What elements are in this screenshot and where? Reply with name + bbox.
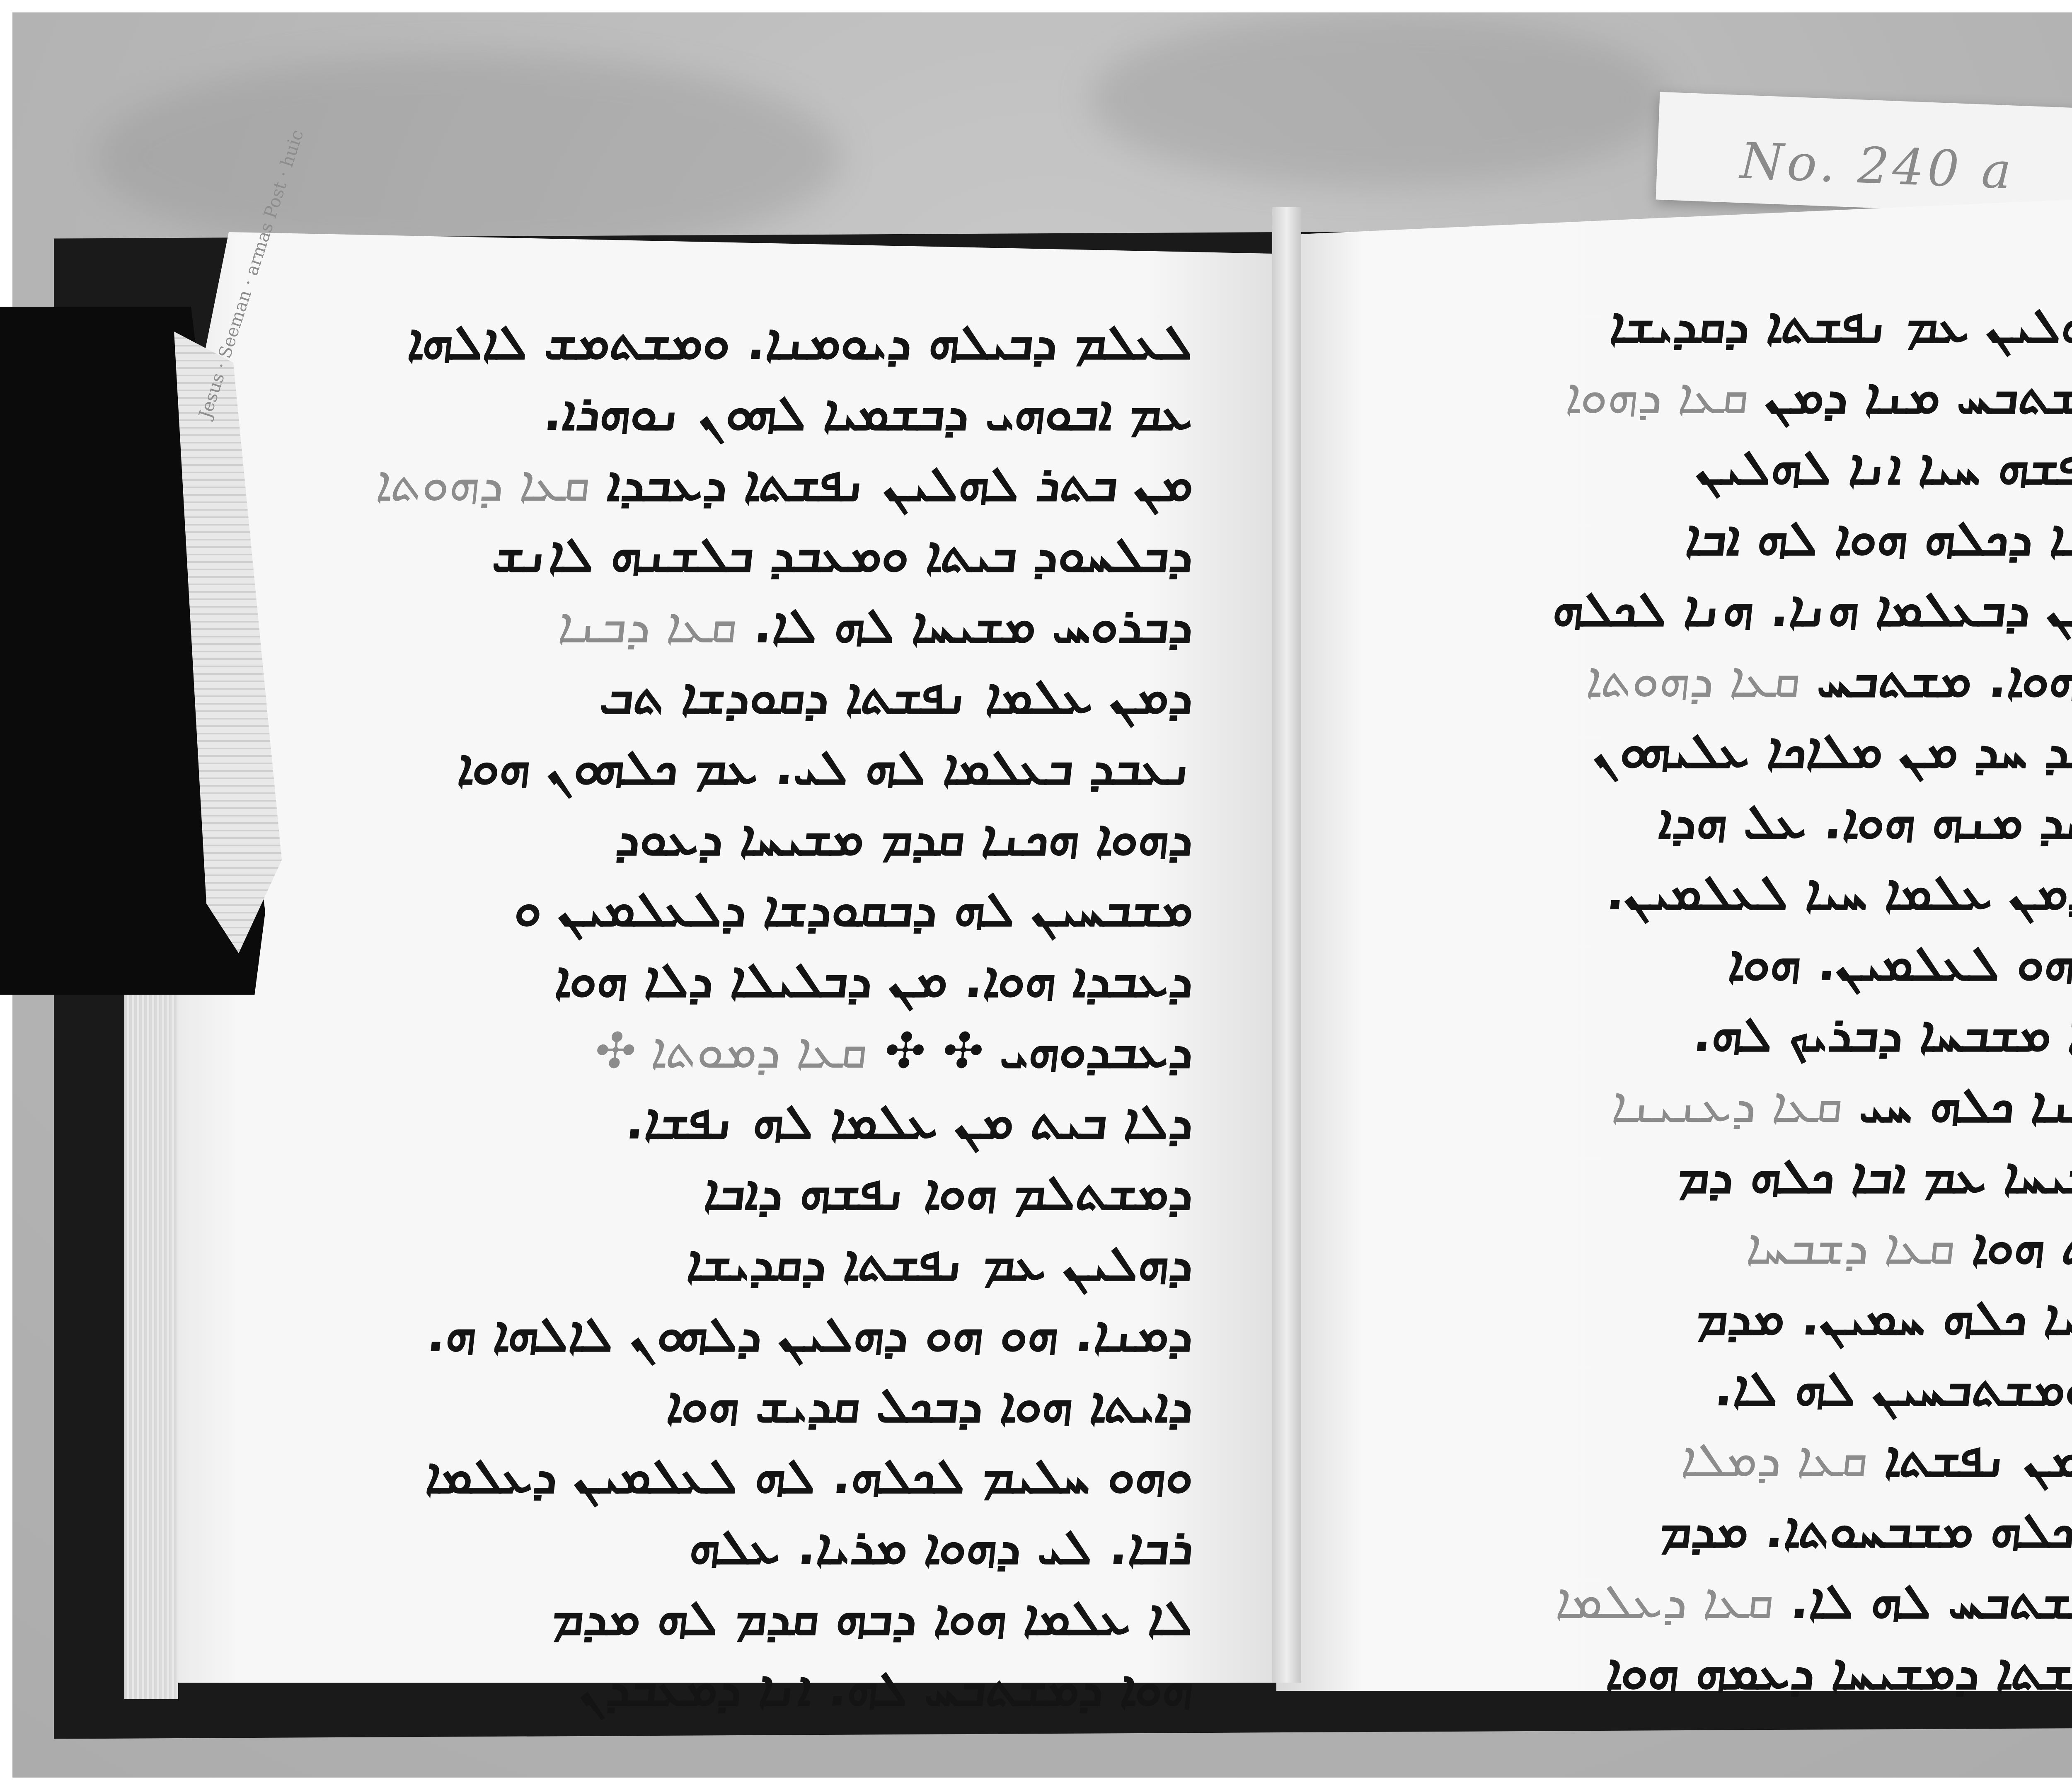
line-text: ܕܗܠܝܢ ܥܡ ܢܦܫܬܐ ܕܩܕܝܫܐ: [684, 1235, 1196, 1292]
manuscript-line: ܕܒܝܬ ܚܕ ܡܢ ܢܦܫܬܐ ܩܥܐ ܕܡܠܐ: [1322, 1424, 2072, 1495]
line-text: ܕܒܠܚܘܕ ܒܝܬܐ ܘܡܥܒܕ ܒܠܫܢܗ ܠܐܢܫ: [490, 526, 1196, 583]
line-text: ܡܢܐ ܥܠ ܚܕ ܚܕ ܡܢ ܡܠܐܟܐ ܥܠܝܗܘܢ: [1591, 722, 2072, 779]
line-text: ܕܥܒܕܘܗܝ ✣ ✣: [882, 1022, 1197, 1079]
line-text: ܗܘܐ ܕܡܫܬܒܚ ܠܗ. ܐܢܐ ܕܡܥܒܕܢ: [577, 1660, 1196, 1717]
line-text: ܕܒܝܬ ܚܕ ܡܢ ܢܦܫܬܐ: [1882, 1431, 2072, 1488]
line-text: ܘܗܘ ܚܠܝܡ ܠܟܠܗ. ܠܗ ܠܥܠܡܝܢ ܕܥܠܡܐ: [423, 1447, 1196, 1504]
line-text: ܢܦܫܬܐ ܕܚܝܐ ܟܠܗ ܚܡܝܢ. ܡܕܡ: [1694, 1289, 2072, 1346]
manuscript-line: ܡܫܒܚܝܢ ܠܗ ܕܒܩܘܕܫܐ ܕܠܥܠܡܝܢ ܘ: [253, 874, 1197, 945]
manuscript-line: ܕܡܢ ܥܠܡܐ ܢܦܫܬܐ ܕܩܘܕܫܐ ܬܒ: [253, 661, 1197, 732]
manuscript-line: ܠܥܠܡ ܕܒܝܠܗ ܕܝܘܡܢܐ. ܘܡܫܬܡܫ ܠܐܠܗܐ: [253, 307, 1197, 378]
manuscript-line: ܕܐܝܬ ܠܢ ܗܠܝܢ ܥܡ ܢܦܫܬܐ ܕܩܕܝܫܐ: [1322, 290, 2072, 361]
manuscript-line: ܢܦܫܬܐ ܕܚܝܐ ܟܠܗ ܚܡܝܢ. ܡܕܡ: [1322, 1282, 2072, 1353]
book-gutter: [1272, 207, 1301, 1683]
line-text: ܡܫܒܚܝܢ ܠܗ ܕܒܩܘܕܫܐ ܕܠܥܠܡܝܢ ܘ: [512, 880, 1196, 937]
line-text: ܠܗ ܠܚܕ ܚܕ ܡܢܗ ܗܘܐ. ܥܠ ܗܕܐ: [1656, 793, 2072, 850]
left-page-text: ܠܥܠܡ ܕܒܝܠܗ ܕܝܘܡܢܐ. ܘܡܫܬܡܫ ܠܐܠܗܐܥܡ ܐܒܘܗܝ …: [257, 307, 1193, 1724]
line-text: ܕܡܫܒܚ ܡܢܐ ܟܠܗ ܚܝ: [1857, 1076, 2072, 1134]
manuscript-line: ܕܗܠܝܢ ܥܡ ܢܦܫܬܐ ܕܩܕܝܫܐ: [253, 1228, 1197, 1299]
left-page-fore-edge: [124, 995, 178, 1699]
line-text: ܕܡܫܬܠܡ ܗܘܐ ܢܦܫܗ ܕܐܒܐ: [702, 1164, 1197, 1221]
manuscript-line: ܠܗ ܠܚܕ ܚܕ ܡܢܗ ܗܘܐ. ܥܠ ܗܕܐ: [1322, 786, 2072, 857]
manuscript-line: ܡܫܒܚܝܢ ܘܡܫܬܒܚܝܢ ܠܗ ܠܐ.: [1322, 1353, 2072, 1424]
line-text: ܚܝܐ ܕܒܠܐ ܗܘܐ. ܡܫܬܒܚ: [1815, 651, 2072, 708]
manuscript-line: ܕܡܫܬܠܡ ܗܘܐ ܢܦܫܗ ܕܐܒܐ: [253, 1157, 1197, 1228]
manuscript-line: ܥܡ ܐܒܘܗܝ ܕܒܫܡܝܐ ܠܗܘܢ ܢܘܗܪܐ.: [253, 378, 1197, 448]
manuscript-line: ܡܫܒܚܝܢ ܕܡܢ ܥܠܡܐ ܚܝܐ ܠܥܠܡܝܢ.: [1322, 857, 2072, 928]
line-text: ܪܒܐ. ܠܝ ܕܗܘܐ ܡܪܝܐ. ܥܠܗ: [687, 1518, 1197, 1575]
rubric-text: ܩܥܐ ܕܥܠܡܐ: [1553, 1572, 1777, 1630]
line-text: ܕܒܪܘܚ ܡܫܝܚܐ ܠܗ ܠܐ.: [751, 597, 1196, 654]
catalog-number: No. 240 a: [1739, 132, 2016, 200]
manuscript-line: ܘܗܘ ܚܠܝܡ ܠܟܠܗ. ܠܗ ܠܥܠܡܝܢ ܕܥܠܡܐ: [253, 1441, 1197, 1511]
line-text: ܕܠܐ ܒܝܬ ܡܢ ܥܠܡܐ ܠܗ ܢܦܫܐ.: [623, 1093, 1196, 1150]
line-text: ܥܡ ܐܒܘܗܝ ܕܒܫܡܝܐ ܠܗܘܢ ܢܘܗܪܐ.: [541, 384, 1196, 441]
line-text: ܢܥܒܕ ܒܥܠܡܐ ܠܗ ܠܝ. ܥܡ ܟܠܗܘܢ ܗܘܐ: [455, 739, 1196, 796]
manuscript-line: ܪܒܐ. ܠܝ ܕܗܘܐ ܡܪܝܐ. ܥܠܗ: [253, 1511, 1197, 1582]
line-text: ܡܢ ܒܬܪ ܠܗܠܝܢ ܢܦܫܬܐ ܕܥܒܕܐ: [605, 455, 1196, 512]
manuscript-line: ܡܫܬܒܚ ܕܗܘ ܠܥܠܡܝܢ. ܗܘܐ: [1322, 928, 2072, 999]
line-text: ܕܡܢܐ. ܗܘ ܗܘ ܕܗܠܝܢ ܕܠܗܘܢ ܠܐܠܗܐ ܗ.: [424, 1306, 1196, 1363]
line-text: ܗܘܐ. ܕܒܝܬ ܗܘܐ: [1970, 1218, 2072, 1275]
line-text: ܕܡܢ ܥܠܡܐ ܢܦܫܬܐ ܕܩܘܕܫܐ ܬܒ: [598, 668, 1196, 725]
rubric-text: ܩܥܐ ܕܫܒܚܐ: [1744, 1218, 1958, 1275]
line-text: ܡܫܝܚܐ ܕܢܦܫܗ ܚܝܐ ܐܢܐ ܠܗܠܝܢ: [1694, 438, 2072, 496]
line-text: ܡܫܒܚ ܘܡܫܬܒܚ ܠܗ ܠܐ.: [1788, 1572, 2072, 1630]
rubric-text: ܩܥܐ ܕܒܢܐ: [556, 597, 741, 654]
manuscript-line: ܕܗܘܐ ܗܟܢܐ ܩܕܡ ܡܫܝܚܐ ܕܥܘܕ: [253, 803, 1197, 874]
manuscript-line: ܕܠܐ ܒܝܬ ܡܢ ܥܠܡܐ ܠܗ ܢܦܫܐ.: [253, 1086, 1197, 1157]
manuscript-line: ܡܢ ܒܬܪ ܠܗܠܝܢ ܢܦܫܬܐ ܕܥܒܕܐ ܩܥܐ ܕܗܘܬܐ: [253, 448, 1197, 519]
line-text: ܡܫܒܚܝܢ ܕܡܢ ܥܠܡܐ ܚܝܐ ܠܥܠܡܝܢ.: [1604, 864, 2072, 921]
manuscript-line: ܡܢܐ ܥܠ ܚܕ ܚܕ ܡܢ ܡܠܐܟܐ ܥܠܝܗܘܢ: [1322, 715, 2072, 786]
manuscript-line: ܗܘܐ. ܕܒܝܬ ܗܘܐ ܩܥܐ ܕܫܒܚܐ: [1322, 1211, 2072, 1282]
line-text: ܕܐܝܬ ܠܢ ܗܠܝܢ ܥܡ ܢܦܫܬܐ ܕܩܕܝܫܐ: [1607, 297, 2072, 354]
manuscript-line: ܕܐܝܬܐ ܗܘܐ ܕܒܟܠ ܩܕܝܫ ܗܘܐ: [253, 1370, 1197, 1441]
manuscript-line: ܕܡܫܒܚ ܡܢܐ ܟܠܗ ܚܝ ܩܥܐ ܕܥܢܝܢܐ: [1322, 1070, 2072, 1141]
line-text: ܠܐ ܥܠܡܐ ܗܘܐ ܕܒܗ ܩܕܡ ܠܗ ܡܕܡ: [549, 1589, 1196, 1646]
manuscript-line: ܕܒܪܘܚ ܡܫܝܚܐ ܠܗ ܠܐ. ܩܥܐ ܕܒܢܐ: [253, 590, 1197, 661]
manuscript-line: ܠܥܠܡܐ ܗܢܐ ܕܟܠܗ ܗܘܐ ܠܗ ܐܒܐ: [1322, 503, 2072, 574]
floor-stain: [95, 54, 841, 261]
manuscript-line: ܡܫܒܚ ܘܡܫܬܒܚ ܠܗ ܠܐ. ܩܥܐ ܕܥܠܡܐ: [1322, 1566, 2072, 1637]
line-text: ܕܐܝܬܐ ܗܘܐ ܕܒܟܠ ܩܕܝܫ ܗܘܐ: [664, 1376, 1197, 1434]
manuscript-line: ܡܠܐܟܐ ܗܢܐ ܡܫܒܚܐ ܕܒܪܝܟ ܠܗ.: [1322, 999, 2072, 1070]
manuscript-line: ܠܐ ܥܠܡܐ ܗܘܐ ܕܒܗ ܩܕܡ ܠܗ ܡܕܡ: [253, 1582, 1197, 1653]
line-text: ܠܥܠܡ ܕܒܝܠܗ ܕܝܘܡܢܐ. ܘܡܫܬܡܫ ܠܐܠܗܐ: [405, 313, 1197, 371]
line-text: ܚܝܘܗܝ ܢܦܫܬܐ ܕܡܫܝܚܐ ܕܥܡܗ ܗܘܐ: [1604, 1643, 2072, 1700]
line-text: ܡܠܐܟܐ ܗܢܐ ܡܫܒܚܐ ܕܒܪܝܟ ܠܗ.: [1691, 1005, 2072, 1063]
manuscript-line: ܕܡܢܐ. ܗܘ ܗܘ ܕܗܠܝܢ ܕܠܗܘܢ ܠܐܠܗܐ ܗ.: [253, 1299, 1197, 1370]
line-text: ܕܐܝܬܐ ܡܢ ܟܠܗ ܡܫܒܚܘܬܐ. ܡܕܡ: [1657, 1502, 2072, 1559]
floor-stain: [1090, 12, 1670, 187]
line-text: ܡܫܒܚܝܢ ܘܡܫܬܒܚܝܢ ܠܗ ܠܐ.: [1712, 1360, 2072, 1417]
manuscript-line: ܢܥܒܕ ܒܥܠܡܐ ܠܗ ܠܝ. ܥܡ ܟܠܗܘܢ ܗܘܐ: [253, 732, 1197, 803]
line-text: ܕܥܒܕܐ ܗܘܐ. ܡܢ ܕܒܠܝܠܐ ܕܠܐ ܗܘܐ: [552, 951, 1196, 1008]
manuscript-line: ܕܒܠܚܘܕ ܒܝܬܐ ܘܡܥܒܕ ܒܠܫܢܗ ܠܐܢܫ: [253, 519, 1197, 590]
right-page-text: ܕܐܝܬ ܠܢ ܗܠܝܢ ܥܡ ܢܦܫܬܐ ܕܩܕܝܫܐܕܡܢܐ. ܕܡܫܬܒܚ…: [1326, 290, 2072, 1778]
rubric-text: ܩܥܐ ܕܡܘܬܐ ✣: [592, 1022, 871, 1079]
manuscript-line: ܕܡܢܐ. ܕܡܫܬܒܚ ܡܢܐ ܕܡܢ ܩܥܐ ܕܗܘܐ: [1322, 361, 2072, 432]
rubric-text: ܩܥܐ ܕܥܢܝܢܐ: [1609, 1076, 1846, 1134]
manuscript-line: ܚܝܐ ܕܒܠܐ ܗܘܐ. ܡܫܬܒܚ ܩܥܐ ܕܗܘܬܐ: [1322, 644, 2072, 715]
manuscript-line: ܕܥܒܕܘܗܝ ✣ ✣ ܩܥܐ ܕܡܘܬܐ ✣: [253, 1015, 1197, 1086]
rubric-text: ܩܥܐ ܕܗܘܐ: [1563, 368, 1752, 425]
manuscript-line: ܫܘܒܚܐ ܡܫܝܚܐ ܥܡ ܐܒܐ ܟܠܗ ܕܡ: [1322, 1141, 2072, 1211]
manuscript-line: ܕܥܒܕܐ ܗܘܐ. ܡܢ ܕܒܠܝܠܐ ܕܠܐ ܗܘܐ: [253, 945, 1197, 1015]
manuscript-line: ܡܫܝܚܐ ܕܡܢ ܕܒܥܠܡܐ ܗܢܐ. ܗܢܐ ܠܟܠܗ: [1322, 574, 2072, 644]
manuscript-line: ܗܘܐ ܕܡܫܬܒܚ ܠܗ. ܐܢܐ ܕܡܥܒܕܢ: [253, 1653, 1197, 1724]
manuscript-line: ܚܝܘܗܝ ܢܦܫܬܐ ܕܡܫܝܚܐ ܕܥܡܗ ܗܘܐ: [1322, 1637, 2072, 1708]
rubric-text: ܩܥܐ ܕܗܘܬܐ: [373, 455, 593, 512]
line-text: ܠܥܠܡܐ ܗܢܐ ܕܟܠܗ ܗܘܐ ܠܗ ܐܒܐ: [1683, 509, 2072, 567]
line-text: ܕܗܘܐ ܗܟܢܐ ܩܕܡ ܡܫܝܚܐ ܕܥܘܕ: [613, 809, 1196, 867]
manuscript-line: ܠܥܠܡ: [1322, 1708, 2072, 1778]
manuscript-line: ܡܫܝܚܐ ܕܢܦܫܗ ܚܝܐ ܐܢܐ ܠܗܠܝܢ: [1322, 432, 2072, 503]
line-text: ܫܘܒܚܐ ܡܫܝܚܐ ܥܡ ܐܒܐ ܟܠܗ ܕܡ: [1675, 1147, 2072, 1204]
line-text: ܕܡܢܐ. ܕܡܫܬܒܚ ܡܢܐ ܕܡܢ: [1763, 368, 2072, 425]
rubric-text: ܩܥܐ ܕܗܘܬܐ: [1584, 651, 1804, 708]
manuscript-line: ܕܐܝܬܐ ܡܢ ܟܠܗ ܡܫܒܚܘܬܐ. ܡܕܡ: [1322, 1495, 2072, 1566]
line-text: ܡܫܝܚܐ ܕܡܢ ܕܒܥܠܡܐ ܗܢܐ. ܗܢܐ ܠܟܠܗ: [1550, 580, 2072, 637]
line-text: ܡܫܬܒܚ ܕܗܘ ܠܥܠܡܝܢ. ܗܘܐ: [1726, 935, 2072, 992]
rubric-text: ܩܥܐ ܕܡܠܐ: [1679, 1431, 1871, 1488]
